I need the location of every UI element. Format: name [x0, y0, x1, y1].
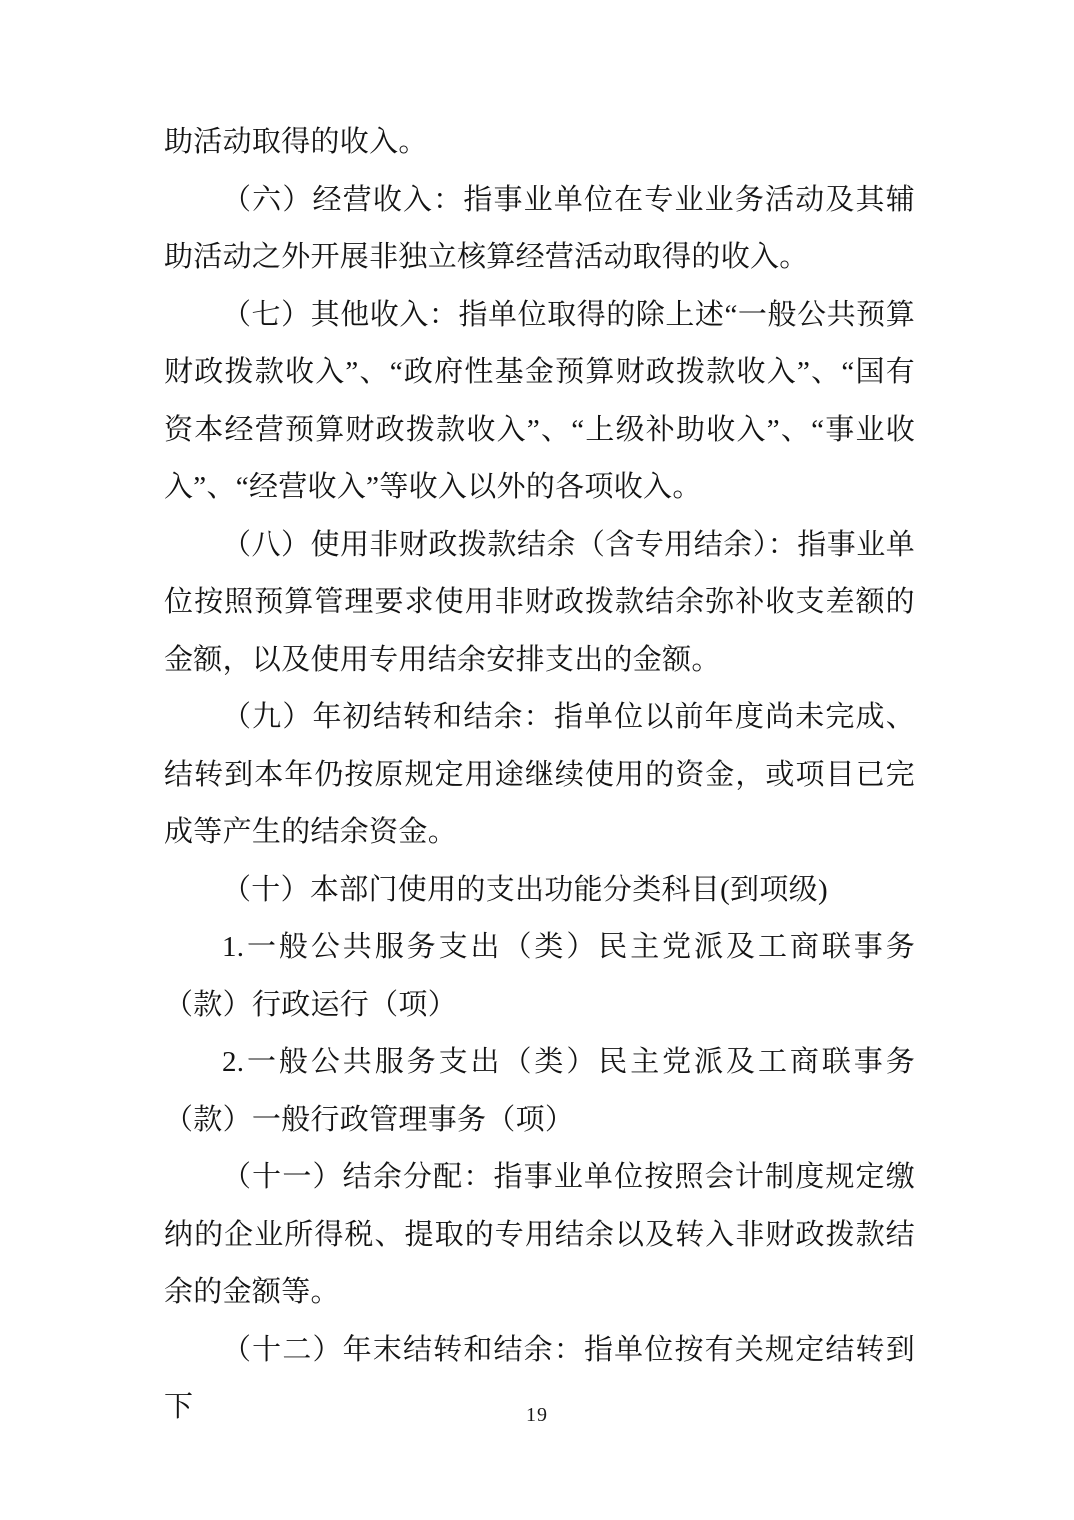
document-page: 助活动取得的收入。 （六）经营收入：指事业单位在专业业务活动及其辅助活动之外开展… [0, 0, 1074, 1520]
paragraph: （六）经营收入：指事业单位在专业业务活动及其辅助活动之外开展非独立核算经营活动取… [164, 172, 915, 287]
paragraph: （十一）结余分配：指事业单位按照会计制度规定缴纳的企业所得税、提取的专用结余以及… [164, 1149, 915, 1322]
paragraph: （十）本部门使用的支出功能分类科目(到项级) [164, 862, 915, 920]
paragraph: 2.一般公共服务支出（类）民主党派及工商联事务（款）一般行政管理事务（项） [164, 1034, 915, 1149]
paragraph: （七）其他收入：指单位取得的除上述“一般公共预算财政拨款收入”、“政府性基金预算… [164, 287, 915, 517]
paragraph: 1.一般公共服务支出（类）民主党派及工商联事务（款）行政运行（项） [164, 919, 915, 1034]
paragraph: （八）使用非财政拨款结余（含专用结余）：指事业单位按照预算管理要求使用非财政拨款… [164, 517, 915, 690]
paragraph: 助活动取得的收入。 [164, 114, 915, 172]
paragraph: （九）年初结转和结余：指单位以前年度尚未完成、结转到本年仍按原规定用途继续使用的… [164, 689, 915, 862]
page-number: 19 [0, 1404, 1074, 1427]
document-body-text: 助活动取得的收入。 （六）经营收入：指事业单位在专业业务活动及其辅助活动之外开展… [164, 114, 915, 1437]
